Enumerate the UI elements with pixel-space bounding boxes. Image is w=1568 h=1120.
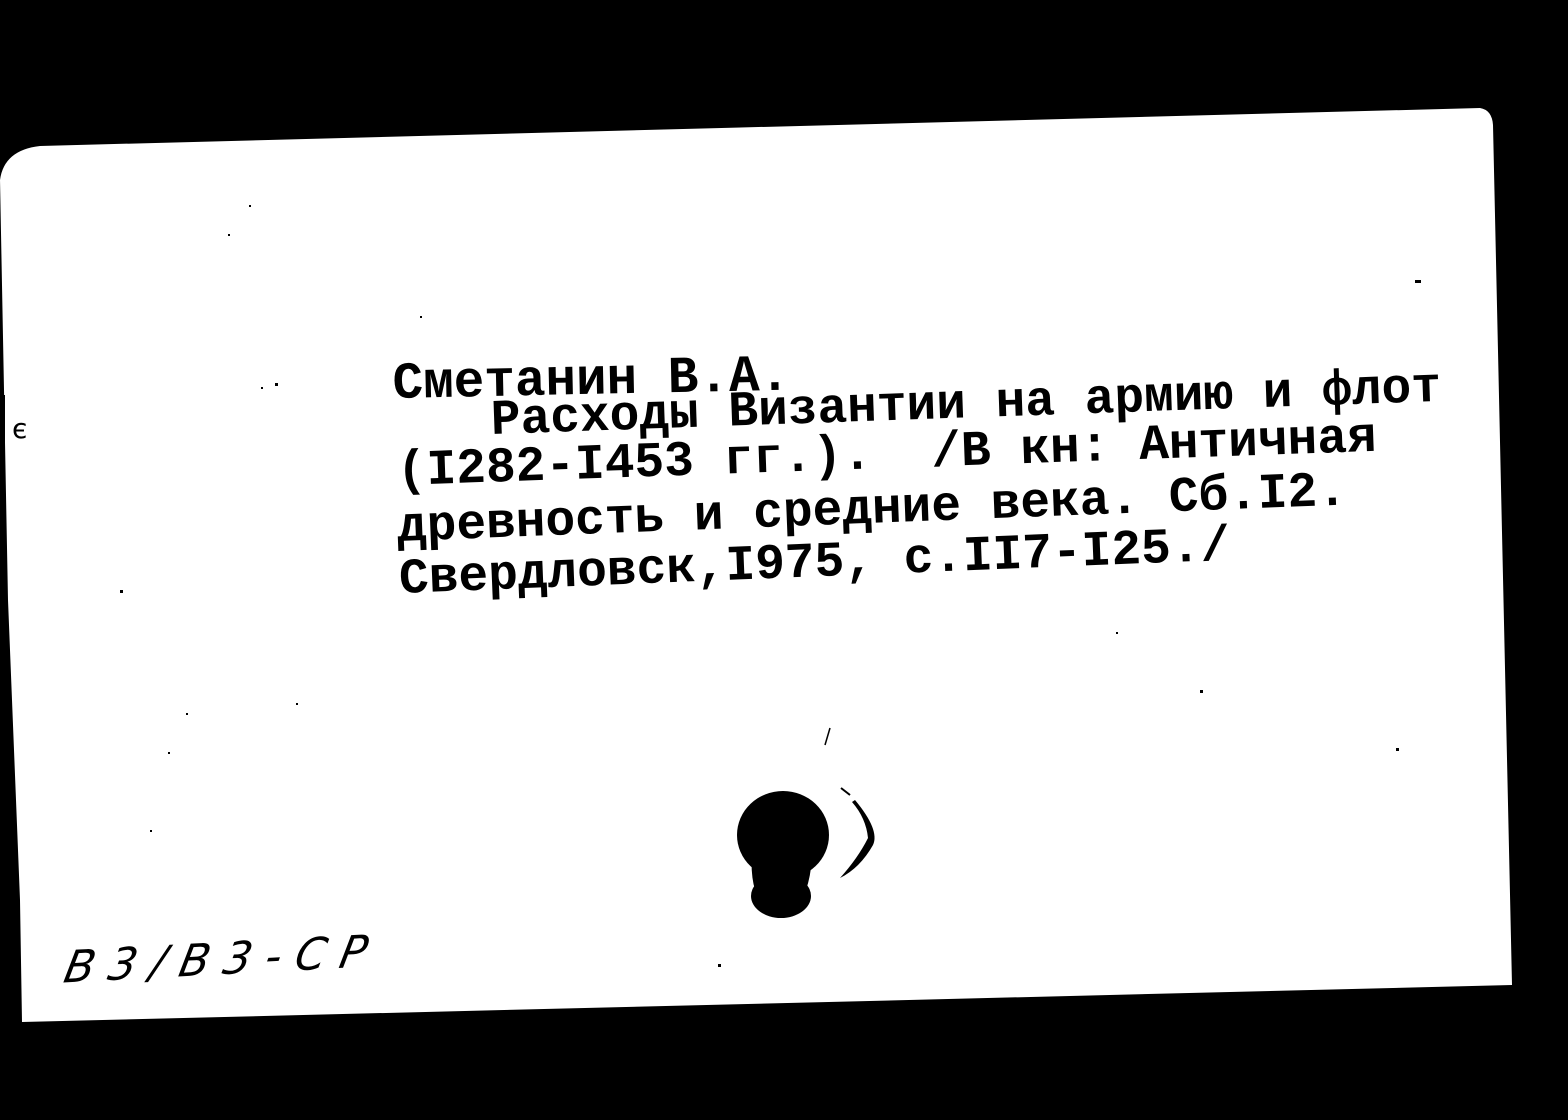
card-edge-shadow — [0, 395, 5, 615]
scan-background: є Сметанин В.А. Расходы Византии на арми… — [0, 0, 1568, 1120]
edge-mark: є — [12, 412, 27, 445]
